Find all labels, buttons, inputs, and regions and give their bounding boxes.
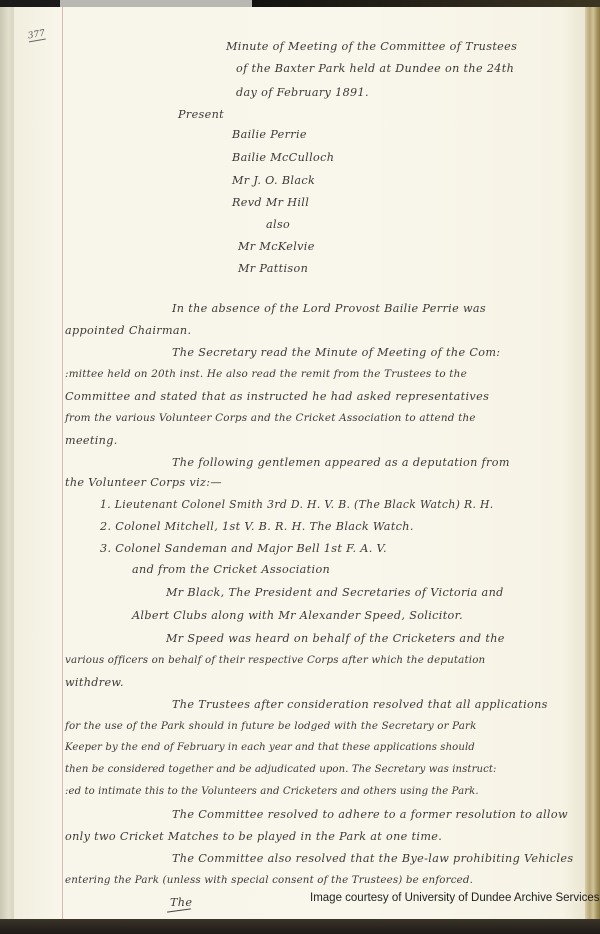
deputation-item-1: 1. Lieutenant Colonel Smith 3rd D. H. V.… [100,498,494,511]
book-left-edge [0,7,14,919]
text-line: and from the Cricket Association [132,563,330,576]
text-line: Keeper by the end of February in each ye… [65,742,475,753]
book-right-edge [585,7,600,919]
attendee: Mr J. O. Black [232,174,315,187]
attendee: Mr McKelvie [238,240,315,253]
scanner-bottom-edge [0,919,600,934]
text-line: appointed Chairman. [65,324,191,337]
attendee-also: also [266,218,290,231]
text-line: The Committee also resolved that the Bye… [172,852,574,865]
text-line: Mr Speed was heard on behalf of the Cric… [166,632,505,645]
text-line: The Trustees after consideration resolve… [172,698,548,711]
text-line: various officers on behalf of their resp… [65,654,485,666]
text-line: The Committee resolved to adhere to a fo… [172,808,568,821]
text-line: :ed to intimate this to the Volunteers a… [65,786,479,797]
text-line: Committee and stated that as instructed … [65,390,489,403]
deputation-item-2: 2. Colonel Mitchell, 1st V. B. R. H. The… [100,520,414,533]
image-credit: Image courtesy of University of Dundee A… [310,892,600,904]
header-line-2: of the Baxter Park held at Dundee on the… [236,62,514,75]
attendee: Revd Mr Hill [232,196,309,209]
present-label: Present [178,108,224,121]
attendee: Bailie Perrie [232,128,307,141]
text-line: Albert Clubs along with Mr Alexander Spe… [132,609,463,622]
text-line: entering the Park (unless with special c… [65,874,473,886]
text-line: then be considered together and be adjud… [65,764,497,775]
text-line: the Volunteer Corps viz:— [65,476,222,489]
catchword: The [170,896,192,909]
text-line: The Secretary read the Minute of Meeting… [172,346,500,359]
text-line: only two Cricket Matches to be played in… [65,830,442,843]
text-line: from the various Volunteer Corps and the… [65,412,476,424]
text-line: withdrew. [65,676,124,689]
text-line: Mr Black, The President and Secretaries … [166,586,504,599]
scanned-document: 377 Minute of Meeting of the Committee o… [0,0,600,934]
text-line: The following gentlemen appeared as a de… [172,456,510,469]
attendee: Mr Pattison [238,262,308,275]
scanner-top-edge [0,0,600,7]
attendee: Bailie McCulloch [232,151,334,164]
text-line: meeting. [65,434,118,447]
text-line: :mittee held on 20th inst. He also read … [65,368,467,380]
deputation-item-3: 3. Colonel Sandeman and Major Bell 1st F… [100,542,387,555]
text-line: In the absence of the Lord Provost Baili… [172,302,486,315]
header-line-3: day of February 1891. [236,86,369,99]
header-line-1: Minute of Meeting of the Committee of Tr… [226,40,517,53]
text-line: for the use of the Park should in future… [65,720,477,732]
margin-rule [62,7,63,919]
